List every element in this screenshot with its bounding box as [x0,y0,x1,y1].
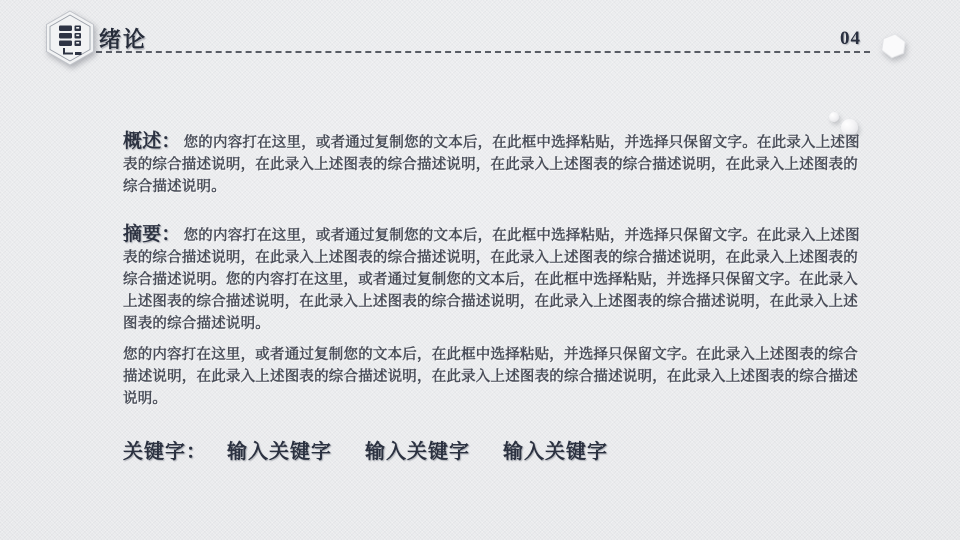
server-list-icon [44,9,96,67]
keyword-placeholder-2[interactable]: 输入关键字 [365,435,470,464]
overview-text: 您的内容打在这里，或者通过复制您的文本后，在此框中选择粘贴，并选择只保留文字。在… [123,135,860,195]
slide-body: 概述：您的内容打在这里，或者通过复制您的文本后，在此框中选择粘贴，并选择只保留文… [123,131,860,464]
overview-label: 概述： [123,131,181,152]
paragraph-overview: 概述：您的内容打在这里，或者通过复制您的文本后，在此框中选择粘贴，并选择只保留文… [123,131,860,198]
header-divider [96,51,870,53]
abstract-label: 摘要： [123,224,181,245]
presentation-slide: 绪论 04 概述：您的内容打在这里，或者通过复制您的文本后，在此框中选择粘贴，并… [0,0,960,540]
abstract-text: 您的内容打在这里，或者通过复制您的文本后，在此框中选择粘贴，并选择只保留文字。在… [123,228,860,332]
keyword-placeholder-3[interactable]: 输入关键字 [503,435,608,464]
hexagon-icon [879,31,907,60]
header-badge [44,9,96,67]
keyword-placeholder-1[interactable]: 输入关键字 [227,435,332,464]
hexagon-bead-decoration [881,33,907,60]
page-title: 绪论 [99,23,147,54]
sphere-decoration-small [829,112,839,122]
plain-text: 您的内容打在这里，或者通过复制您的文本后，在此框中选择粘贴，并选择只保留文字。在… [123,347,858,407]
page-number: 04 [840,28,861,50]
keywords-label: 关键字： [123,435,207,464]
paragraph-abstract: 摘要：您的内容打在这里，或者通过复制您的文本后，在此框中选择粘贴，并选择只保留文… [123,224,860,335]
paragraph-plain: 您的内容打在这里，或者通过复制您的文本后，在此框中选择粘贴，并选择只保留文字。在… [123,344,860,410]
keywords-row: 关键字： 输入关键字 输入关键字 输入关键字 [123,435,860,464]
